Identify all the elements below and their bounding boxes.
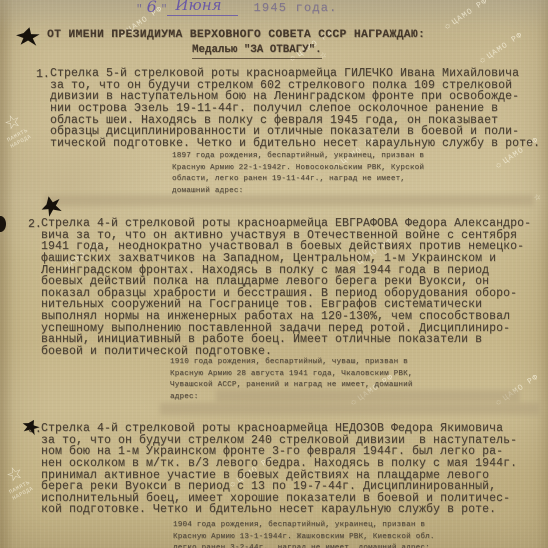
handwritten-day: 6 [147,0,157,16]
entry-2-number: 2. [28,218,42,231]
redaction-smudge [160,403,540,415]
redaction-smudge [44,195,534,206]
memory-star-watermark: ☆ ПАМЯТЬ НАРОДА [0,455,45,506]
entry-1-text: Стрелка 5-й стрелковой роты красноармейц… [50,68,540,149]
ink-blot [14,25,40,48]
scanned-award-document: ✩ЦАМО РФ ✩ЦАМО РФ ✩ЦАМО РФ ✩ЦАМО РФ ✩ЦАМ… [0,0,548,548]
close-quote: " [161,4,168,16]
open-quote: " [136,4,143,16]
date-line: " 6 " Июня 1945 года. [136,0,338,16]
entry-1-details: 1897 года рождения, беспартийный, украин… [172,151,424,197]
entry-3-details: 1904 года рождения, беспартийный, украин… [173,520,435,548]
archive-watermark: ✩ЦАМО РФ [477,29,525,67]
memory-star-watermark: ☆ ПАМЯТЬ НАРОДА [0,103,43,154]
edge-mark [0,216,6,232]
entry-2-text: Стрелка 4-й стрелковой роты красноармейц… [41,218,531,358]
archive-watermark: ✩ЦАМО РФ [442,0,490,33]
handwritten-month: Июня [167,0,237,16]
entry-3-text: Стрелка 4-й стрелковой роты красноармейц… [41,423,517,516]
award-header: ОТ ИМЕНИ ПРЕЗИДИУМА ВЕРХОВНОГО СОВЕТА СС… [47,29,425,41]
entry-1-number: 1. [36,68,50,81]
typed-year: 1945 года. [254,1,338,16]
medal-title: Медалью "ЗА ОТВАГУ". [192,44,322,59]
redaction-smudge [216,390,520,402]
